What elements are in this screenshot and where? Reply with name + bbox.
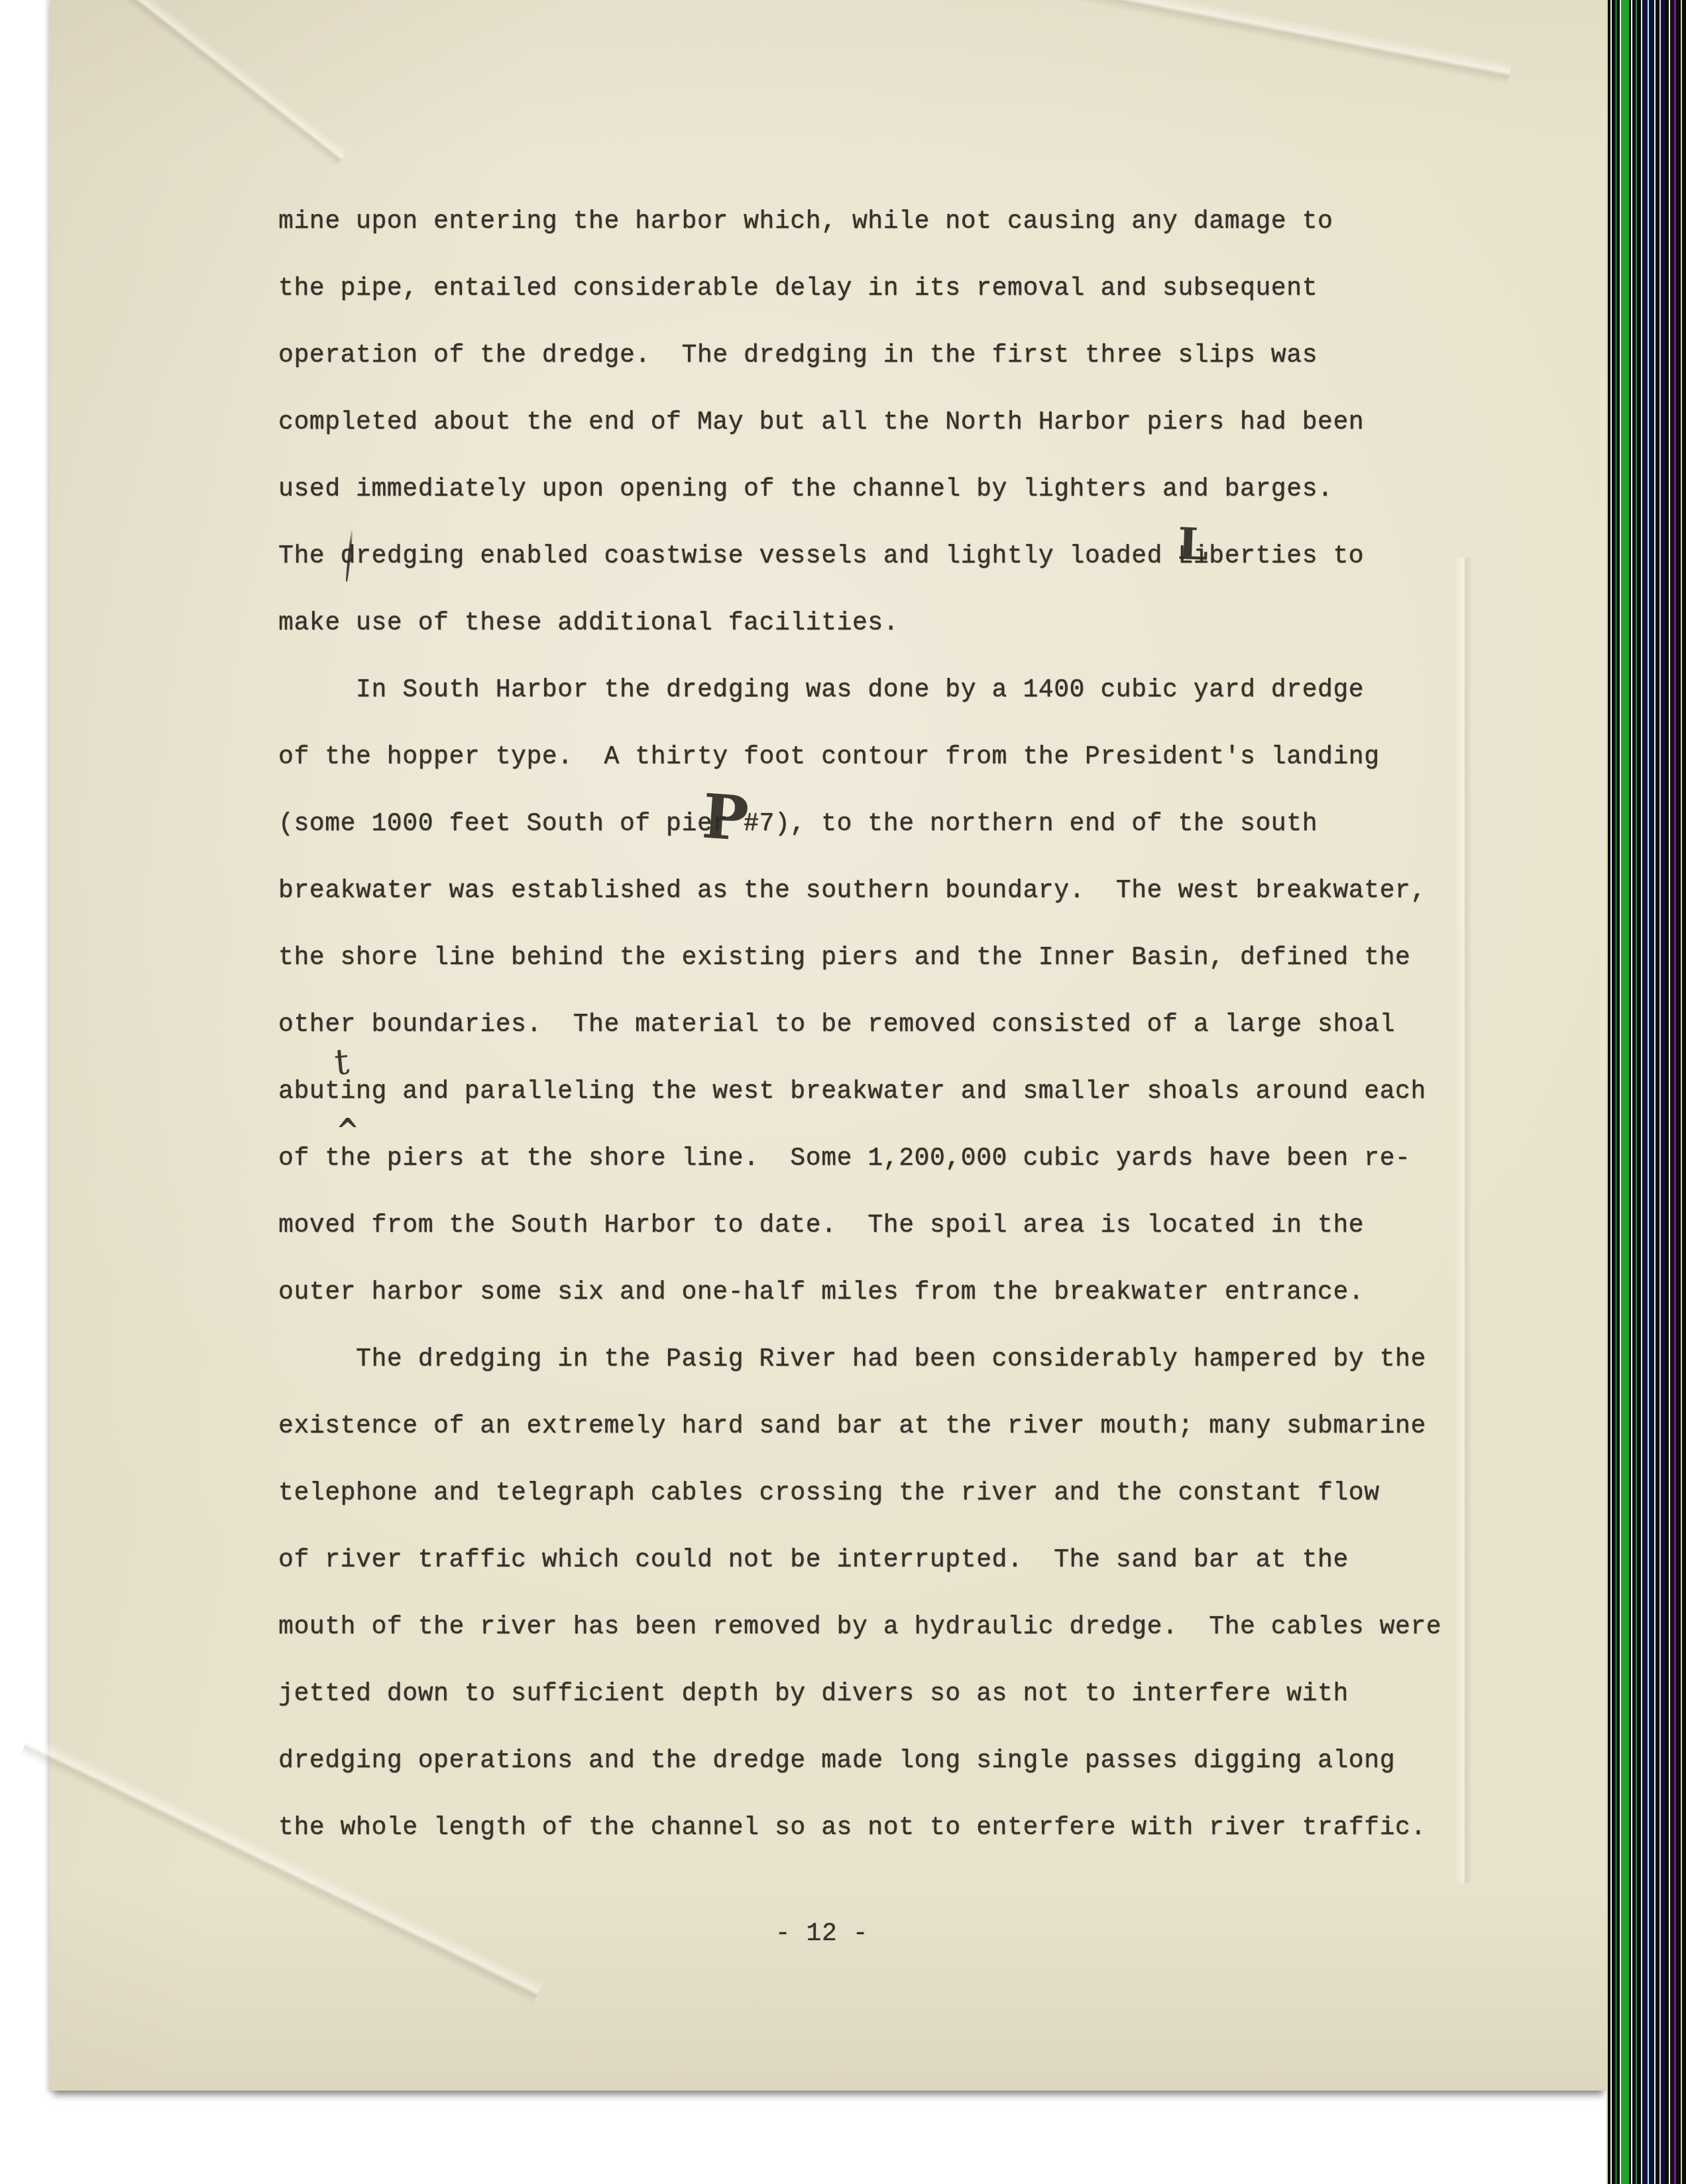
- text-line: breakwater was established as the southe…: [278, 857, 1538, 924]
- text-line: abuting and paralleling the west breakwa…: [278, 1058, 1538, 1125]
- handwritten-caret-annotation: ^: [336, 1115, 359, 1148]
- text-line: the pipe, entailed considerable delay in…: [278, 255, 1538, 322]
- text-line: the whole length of the channel so as no…: [278, 1794, 1538, 1861]
- handwritten-capital-L-annotation: L: [1177, 521, 1209, 567]
- text-line: of river traffic which could not be inte…: [278, 1527, 1538, 1594]
- text-line: The dredging in the Pasig River had been…: [278, 1326, 1538, 1393]
- paragraph: mine upon entering the harbor which, whi…: [278, 188, 1538, 657]
- scanned-document: mine upon entering the harbor which, whi…: [0, 0, 1686, 2184]
- text-line: mine upon entering the harbor which, whi…: [278, 188, 1538, 255]
- document-page: mine upon entering the harbor which, whi…: [50, 0, 1606, 2091]
- text-line: make use of these additional facilities.: [278, 590, 1538, 657]
- text-line: used immediately upon opening of the cha…: [278, 456, 1538, 523]
- text-line: outer harbor some six and one-half miles…: [278, 1259, 1538, 1326]
- text-line: (some 1000 feet South of pier #7), to th…: [278, 791, 1538, 857]
- handwritten-inserted-t-annotation: t: [333, 1044, 351, 1081]
- paragraph: In South Harbor the dredging was done by…: [278, 657, 1538, 1326]
- scan-edge-stripe-artifact: [1606, 0, 1686, 2184]
- text-line: dredging operations and the dredge made …: [278, 1727, 1538, 1794]
- page-number: - 12 -: [722, 1900, 921, 1967]
- text-line: mouth of the river has been removed by a…: [278, 1594, 1538, 1661]
- text-line: telephone and telegraph cables crossing …: [278, 1460, 1538, 1527]
- paper-crease: [43, 0, 348, 166]
- text-line: completed about the end of May but all t…: [278, 389, 1538, 456]
- text-line: existence of an extremely hard sand bar …: [278, 1393, 1538, 1460]
- text-line: operation of the dredge. The dredging in…: [278, 322, 1538, 389]
- text-line: In South Harbor the dredging was done by…: [278, 657, 1538, 724]
- paper-crease: [1013, 0, 1512, 85]
- paragraph: The dredging in the Pasig River had been…: [278, 1326, 1538, 1861]
- text-line: of the piers at the shore line. Some 1,2…: [278, 1125, 1538, 1192]
- handwritten-capital-P-annotation: P: [701, 786, 750, 850]
- text-line: the shore line behind the existing piers…: [278, 924, 1538, 991]
- text-line: jetted down to sufficient depth by diver…: [278, 1661, 1538, 1727]
- text-line: The dredging enabled coastwise vessels a…: [278, 523, 1538, 590]
- text-line: other boundaries. The material to be rem…: [278, 991, 1538, 1058]
- text-line: moved from the South Harbor to date. The…: [278, 1192, 1538, 1259]
- text-line: of the hopper type. A thirty foot contou…: [278, 724, 1538, 791]
- text-block: mine upon entering the harbor which, whi…: [278, 188, 1538, 1861]
